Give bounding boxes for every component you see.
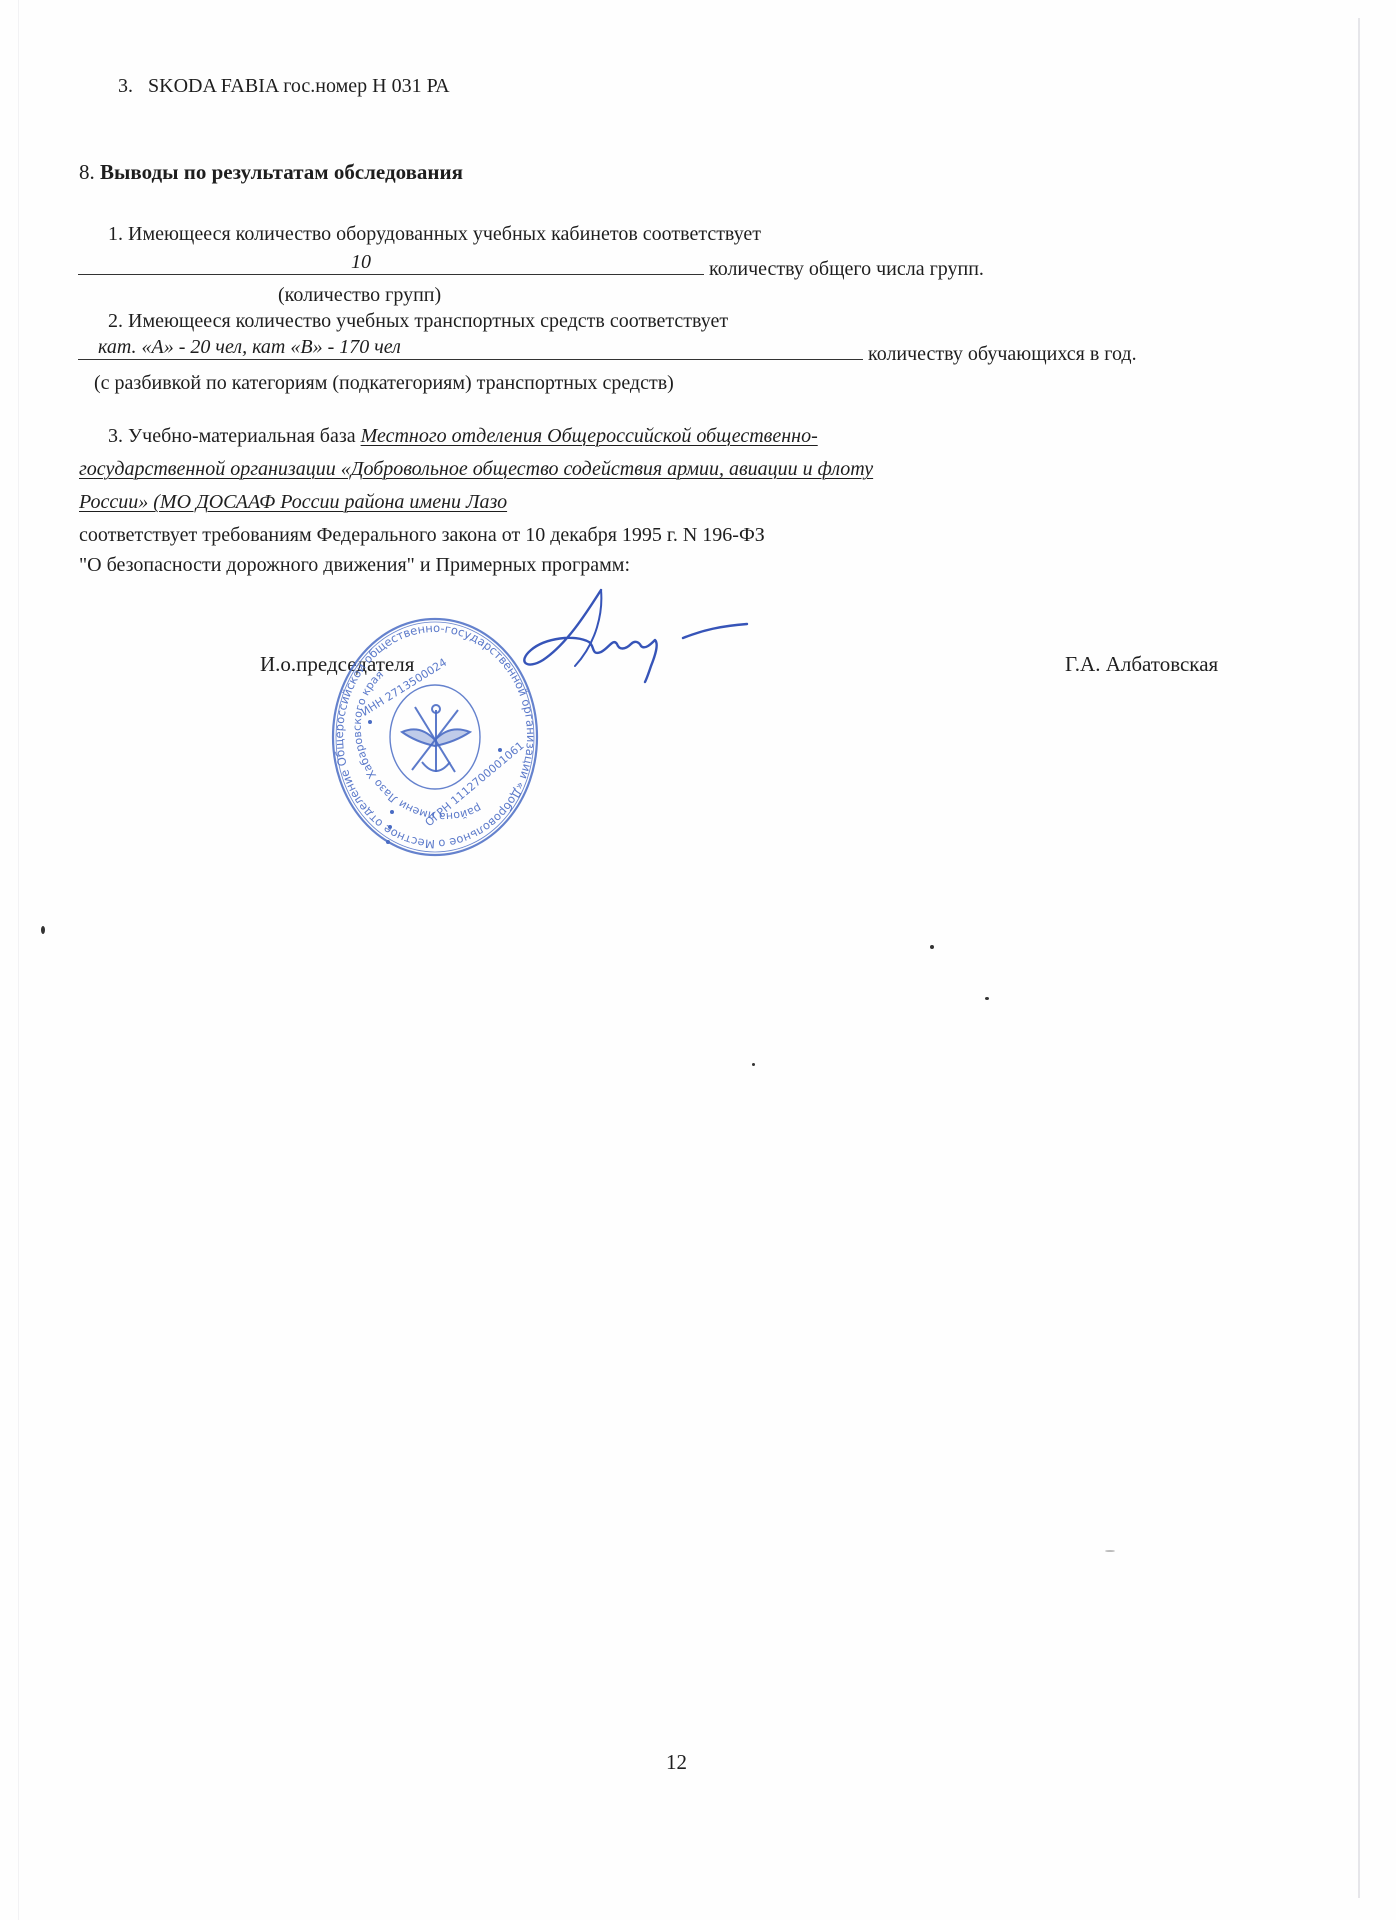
scan-edge-left	[18, 0, 19, 1920]
conclusion-3-lead: 3. Учебно-материальная база	[108, 425, 361, 447]
section-title: Выводы по результатам обследования	[100, 160, 463, 184]
section-number: 8.	[79, 160, 95, 184]
scan-edge-right	[1358, 18, 1360, 1898]
organization-name-part3: России» (МО ДОСААФ России района имени Л…	[79, 490, 507, 514]
students-count-blank: кат. «А» - 20 чел, кат «В» - 170 чел	[78, 339, 863, 360]
page-number: 12	[666, 1750, 687, 1775]
conclusion-2-tail: количеству обучающихся в год.	[868, 343, 1137, 365]
signatory-name: Г.А. Албатовская	[1065, 652, 1218, 677]
conclusion-1-tail: количеству общего числа групп.	[709, 258, 984, 280]
conclusion-1-line2: 10 количеству общего числа групп.	[78, 254, 984, 281]
vehicle-item-text: SKODA FABIA гос.номер Н 031 РА	[148, 75, 450, 97]
scan-speck	[1105, 1550, 1115, 1552]
document-page: 3. SKODA FABIA гос.номер Н 031 РА 8. Выв…	[0, 0, 1396, 1920]
section-heading: 8. Выводы по результатам обследования	[79, 160, 463, 184]
organization-name-part2: государственной организации «Добровольно…	[79, 457, 873, 481]
conclusion-1-line1: 1. Имеющееся количество оборудованных уч…	[108, 222, 761, 246]
groups-count-blank: 10	[78, 254, 704, 275]
handwritten-signature-icon	[505, 582, 755, 692]
groups-count-value: 10	[351, 250, 371, 274]
conclusion-3-law-title: "О безопасности дорожного движения" и Пр…	[79, 553, 630, 577]
conclusion-2-caption: (с разбивкой по категориям (подкатегория…	[94, 371, 674, 395]
scan-speck	[41, 926, 45, 934]
conclusion-2-line2: кат. «А» - 20 чел, кат «В» - 170 чел кол…	[78, 339, 1137, 366]
scan-speck	[985, 997, 989, 1000]
organization-name-part1: Местного отделения Общероссийской общест…	[361, 425, 818, 447]
vehicle-list-item: 3. SKODA FABIA гос.номер Н 031 РА	[118, 74, 450, 98]
conclusion-3-line1: 3. Учебно-материальная база Местного отд…	[108, 424, 818, 448]
scan-speck	[752, 1063, 755, 1066]
scan-speck	[930, 945, 934, 949]
students-count-value: кат. «А» - 20 чел, кат «В» - 170 чел	[98, 335, 401, 359]
vehicle-item-number: 3.	[118, 75, 133, 97]
conclusion-1-caption: (количество групп)	[278, 283, 441, 307]
conclusion-3-law-reference: соответствует требованиям Федерального з…	[79, 523, 765, 547]
conclusion-2-line1: 2. Имеющееся количество учебных транспор…	[108, 309, 728, 333]
svg-text:района имени Лазо Хабаровского: района имени Лазо Хабаровского края	[330, 667, 493, 856]
